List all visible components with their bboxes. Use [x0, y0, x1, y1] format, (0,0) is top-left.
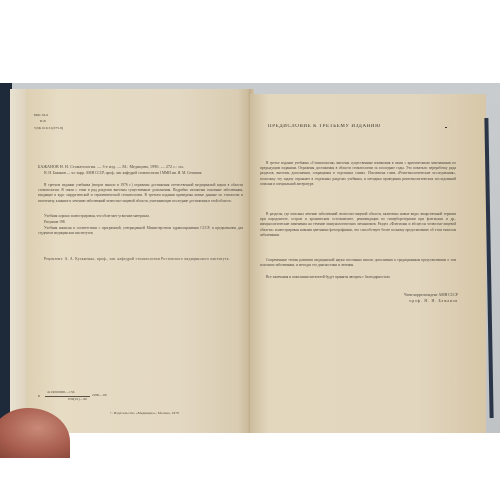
publisher-code-numerator: 4119000000—156 [47, 390, 75, 395]
preface-paragraph-3: Современные темпы развития медицинской н… [260, 258, 456, 274]
preface-paragraph-2: В разделы, где описаны лечение заболеван… [260, 212, 456, 257]
right-page: ПРЕДИСЛОВИЕ К ТРЕТЬЕМУ ИЗДАНИЮ В третье … [250, 94, 486, 433]
annotation-paragraph-1: В третьем издании учебника (второе вышло… [38, 183, 243, 213]
publisher-code-suffix: 2000—90 [92, 393, 107, 398]
preface-heading: ПРЕДИСЛОВИЕ К ТРЕТЬЕМУ ИЗДАНИЮ [268, 124, 381, 129]
reviewer-note: Рецензент: А. А. Кулаженко, проф., зав. … [38, 257, 243, 268]
annotation-paragraph-4: Учебник написан в соответствии с програм… [38, 226, 243, 237]
publisher-code-prefix: Б [38, 394, 40, 399]
signature-name: проф. Н. Н. Бажанов [350, 299, 458, 304]
publisher-imprint: © Издательство «Медицина», Москва, 1978 [110, 411, 179, 416]
signature-title: Член-корреспондент АМН СССР [350, 293, 458, 298]
bbk-sub-code: Б16 [40, 119, 46, 124]
book-photo: ББК 56.6 Б16 УДК 616.31(075.8) БАЖАНОВ Н… [0, 83, 500, 433]
left-flyleaf-edge [10, 89, 26, 433]
page-mark [445, 127, 447, 128]
bibliographic-entry: БАЖАНОВ Н. Н. Стоматология. — 3-е изд. —… [38, 164, 238, 169]
left-page: ББК 56.6 Б16 УДК 616.31(075.8) БАЖАНОВ Н… [10, 89, 250, 433]
preface-paragraph-1: В третье издание учебника «Стоматология»… [260, 161, 456, 211]
udk-code: УДК 616.31(075.8) [34, 126, 63, 131]
bbk-code: ББК 56.6 [34, 113, 48, 118]
preface-paragraph-4: Все замечания и пожелания читателей буду… [260, 275, 456, 286]
author-note: Н. Н. Бажанов — чл.-корр. АМН СССР, проф… [38, 171, 243, 183]
publisher-code-denominator: 039(01)—90 [68, 397, 87, 402]
